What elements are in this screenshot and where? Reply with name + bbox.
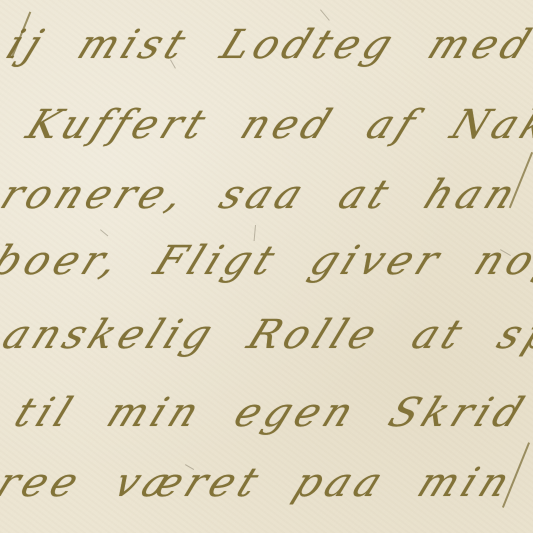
- manuscript-line-1: ij mist Lodteg med: [0, 22, 533, 68]
- manuscript-line-6: til min egen Skrid: [8, 390, 533, 436]
- manuscript-page: ij mist Lodteg med Kuffert ned af Nak ro…: [0, 0, 533, 533]
- paper-fiber: [320, 9, 330, 20]
- manuscript-line-7: ree været paa min b: [0, 460, 533, 506]
- manuscript-line-2: Kuffert ned af Nak: [20, 102, 533, 148]
- manuscript-line-5: anskelig Rolle at spil: [0, 312, 533, 358]
- manuscript-line-4: boer, Fligt giver noget: [0, 238, 533, 284]
- manuscript-line-3: ronere, saa at han ja: [0, 172, 533, 218]
- paper-fiber: [100, 229, 108, 236]
